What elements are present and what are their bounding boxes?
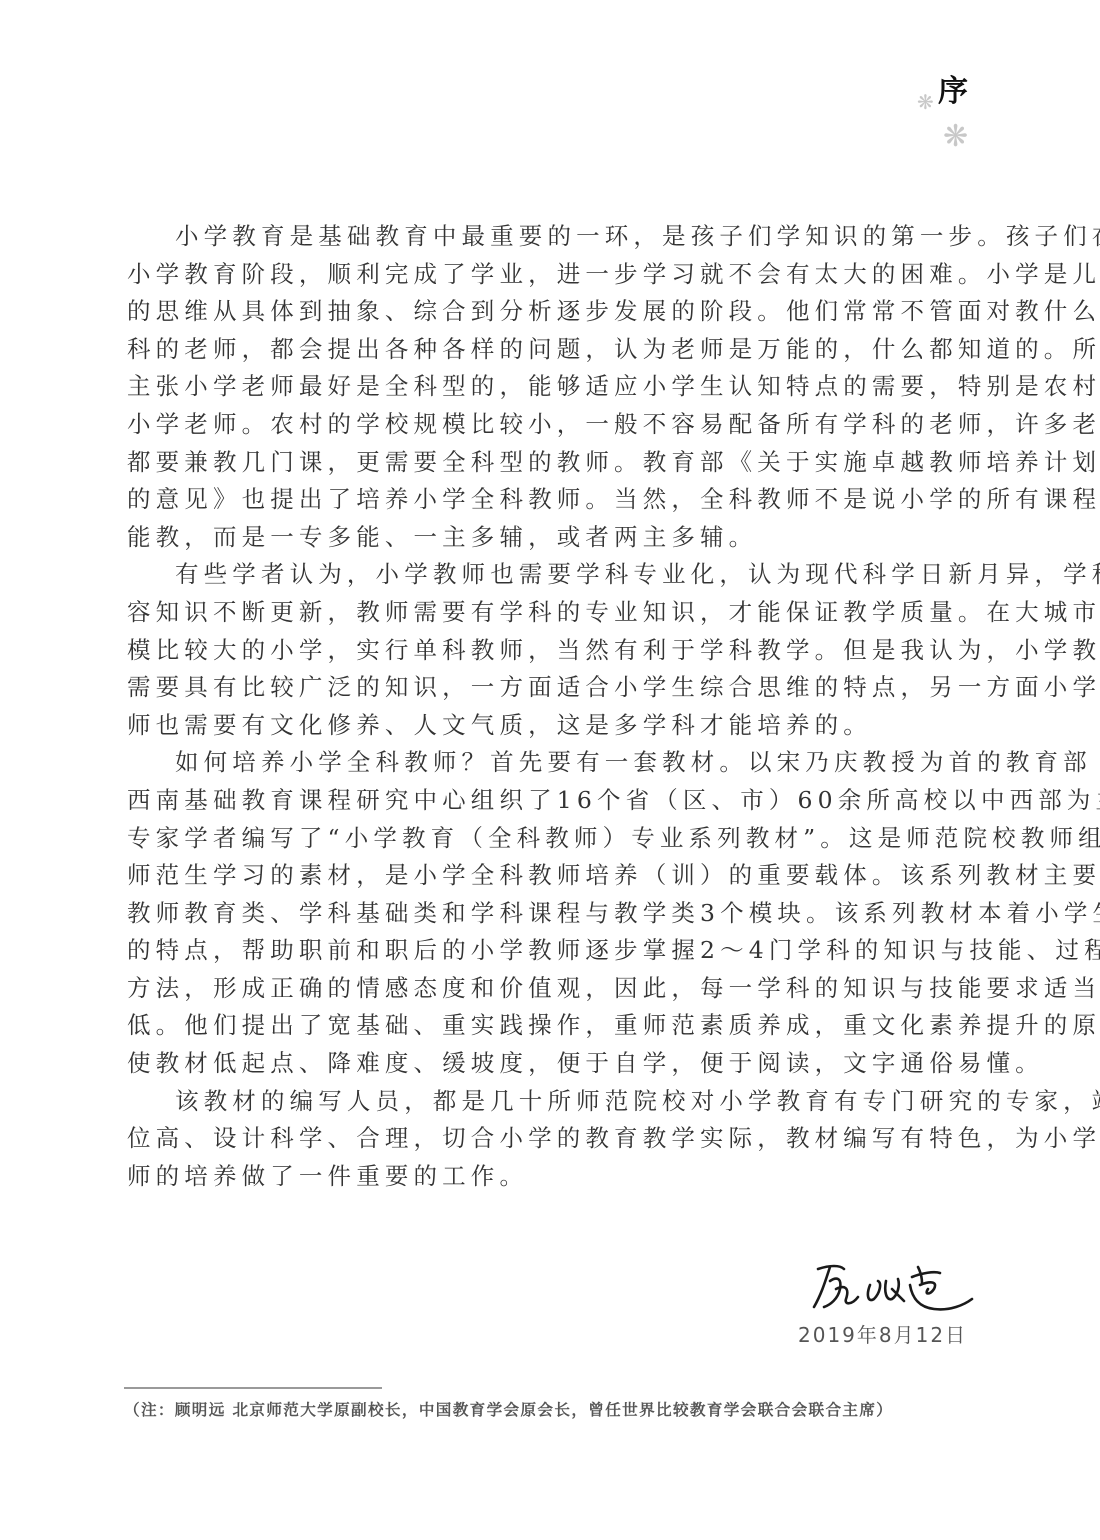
text-line: 小学教育阶段，顺利完成了学业，进一步学习就不会有太大的困难。小学是儿童 xyxy=(127,256,989,294)
text-line: 的特点，帮助职前和职后的小学教师逐步掌握2～4门学科的知识与技能、过程和 xyxy=(127,932,989,970)
text-line: 教师教育类、学科基础类和学科课程与教学类3个模块。该系列教材本着小学生 xyxy=(127,895,989,933)
footnote: （注：顾明远 北京师范大学原副校长，中国教育学会原会长，曾任世界比较教育学会联合… xyxy=(124,1398,893,1420)
text-line: 使教材低起点、降难度、缓坡度，便于自学，便于阅读，文字通俗易懂。 xyxy=(127,1045,989,1083)
signature-date: 2019年8月12日 xyxy=(798,1319,967,1348)
text-line: 科的老师，都会提出各种各样的问题，认为老师是万能的，什么都知道的。所以我 xyxy=(127,331,989,369)
text-line: 需要具有比较广泛的知识，一方面适合小学生综合思维的特点，另一方面小学教 xyxy=(127,669,989,707)
text-line: 容知识不断更新，教师需要有学科的专业知识，才能保证教学质量。在大城市规 xyxy=(127,594,989,632)
text-line: 主张小学老师最好是全科型的，能够适应小学生认知特点的需要，特别是农村的 xyxy=(127,368,989,406)
page-title: 序 xyxy=(938,66,968,110)
text-line: 西南基础教育课程研究中心组织了16个省（区、市）60余所高校以中西部为主的 xyxy=(127,782,989,820)
text-line: 低。他们提出了宽基础、重实践操作，重师范素质养成，重文化素养提升的原则， xyxy=(127,1007,989,1045)
text-line: 专家学者编写了“小学教育（全科教师）专业系列教材”。这是师范院校教师组织 xyxy=(127,820,989,858)
text-line: 的思维从具体到抽象、综合到分析逐步发展的阶段。他们常常不管面对教什么学 xyxy=(127,293,989,331)
text-line: 方法，形成正确的情感态度和价值观，因此，每一学科的知识与技能要求适当降 xyxy=(127,970,989,1008)
text-line: 师范生学习的素材，是小学全科教师培养（训）的重要载体。该系列教材主要包括 xyxy=(127,857,989,895)
signature-block xyxy=(780,1255,1000,1321)
text-line: 都要兼教几门课，更需要全科型的教师。教育部《关于实施卓越教师培养计划2.0 xyxy=(127,444,989,482)
text-line: 师也需要有文化修养、人文气质，这是多学科才能培养的。 xyxy=(127,707,989,745)
text-line: 能教，而是一专多能、一主多辅，或者两主多辅。 xyxy=(127,519,989,557)
text-line: 该教材的编写人员，都是几十所师范院校对小学教育有专门研究的专家，站 xyxy=(127,1083,989,1121)
text-line: 小学老师。农村的学校规模比较小，一般不容易配备所有学科的老师，许多老师 xyxy=(127,406,989,444)
text-line: 师的培养做了一件重要的工作。 xyxy=(127,1158,989,1196)
snowflake-small-icon: ❋ xyxy=(917,92,934,112)
preface-body: 小学教育是基础教育中最重要的一环，是孩子们学知识的第一步。孩子们在小学教育阶段，… xyxy=(127,218,989,1195)
text-line: 有些学者认为，小学教师也需要学科专业化，认为现代科学日新月异，学科内 xyxy=(127,556,989,594)
text-line: 位高、设计科学、合理，切合小学的教育教学实际，教材编写有特色，为小学全科教 xyxy=(127,1120,989,1158)
handwritten-signature-icon xyxy=(800,1255,980,1317)
text-line: 如何培养小学全科教师？首先要有一套教材。以宋乃庆教授为首的教育部 xyxy=(127,744,989,782)
footnote-divider xyxy=(124,1387,382,1389)
text-line: 的意见》也提出了培养小学全科教师。当然，全科教师不是说小学的所有课程都 xyxy=(127,481,989,519)
snowflake-large-icon: ❋ xyxy=(943,122,968,152)
text-line: 小学教育是基础教育中最重要的一环，是孩子们学知识的第一步。孩子们在 xyxy=(127,218,989,256)
text-line: 模比较大的小学，实行单科教师，当然有利于学科教学。但是我认为，小学教师也 xyxy=(127,632,989,670)
